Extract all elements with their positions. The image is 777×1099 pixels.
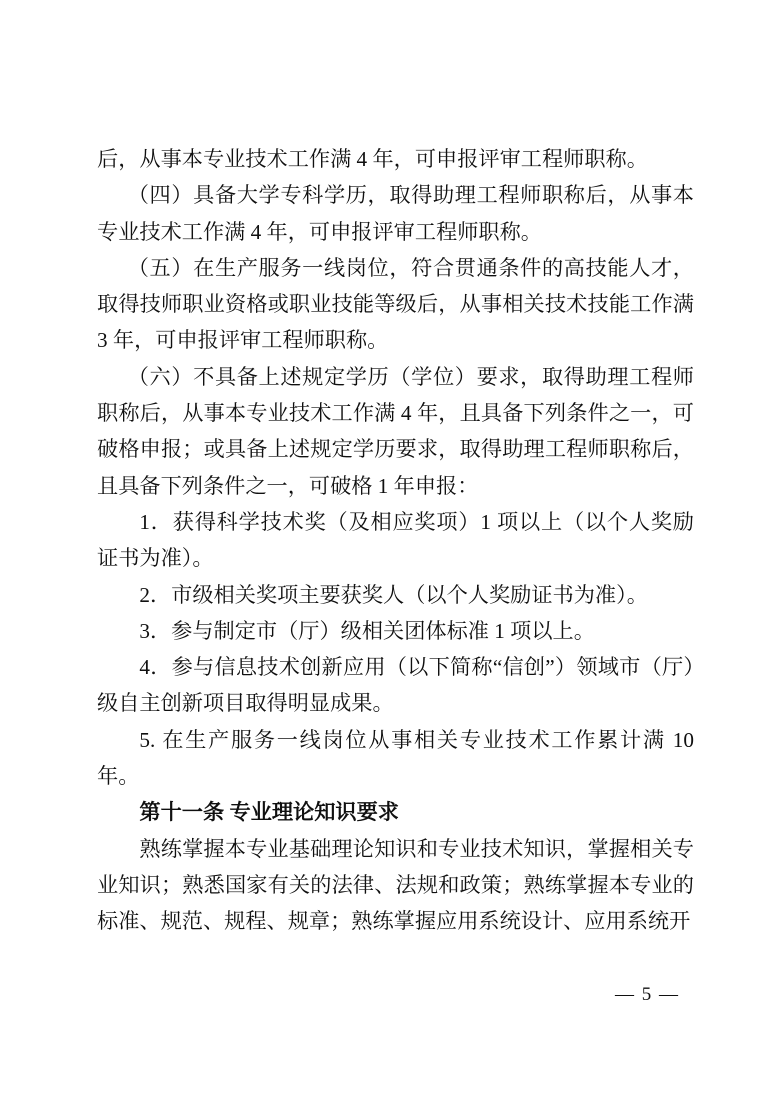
page-footer: — 5 —: [0, 983, 678, 1007]
numbered-item-5: 5. 在生产服务一线岗位从事相关专业技术工作累计满 10 年。: [97, 722, 694, 795]
numbered-item-4: 4．参与信息技术创新应用（以下简称“信创”）领域市（厅）级自主创新项目取得明显成…: [97, 649, 694, 722]
paragraph-continuation: 后，从事本专业技术工作满 4 年，可申报评审工程师职称。: [97, 141, 694, 177]
clause-6-paragraph: （六）不具备上述规定学历（学位）要求，取得助理工程师职称后，从事本专业技术工作满…: [97, 359, 694, 504]
clause-4-paragraph: （四）具备大学专科学历，取得助理工程师职称后，从事本专业技术工作满 4 年，可申…: [97, 177, 694, 250]
page-number: — 5 —: [615, 984, 678, 1005]
numbered-item-3: 3．参与制定市（厅）级相关团体标准 1 项以上。: [97, 613, 694, 649]
article-11-heading: 第十一条 专业理论知识要求: [97, 794, 694, 830]
article-11-body-paragraph: 熟练掌握本专业基础理论知识和专业技术知识，掌握相关专业知识；熟悉国家有关的法律、…: [97, 831, 694, 940]
numbered-item-2: 2．市级相关奖项主要获奖人（以个人奖励证书为准）。: [97, 577, 694, 613]
numbered-item-1: 1．获得科学技术奖（及相应奖项）1 项以上（以个人奖励证书为准）。: [97, 504, 694, 577]
clause-5-paragraph: （五）在生产服务一线岗位，符合贯通条件的高技能人才，取得技师职业资格或职业技能等…: [97, 250, 694, 359]
document-body: 后，从事本专业技术工作满 4 年，可申报评审工程师职称。 （四）具备大学专科学历…: [97, 141, 694, 940]
document-page: 后，从事本专业技术工作满 4 年，可申报评审工程师职称。 （四）具备大学专科学历…: [0, 0, 777, 1099]
